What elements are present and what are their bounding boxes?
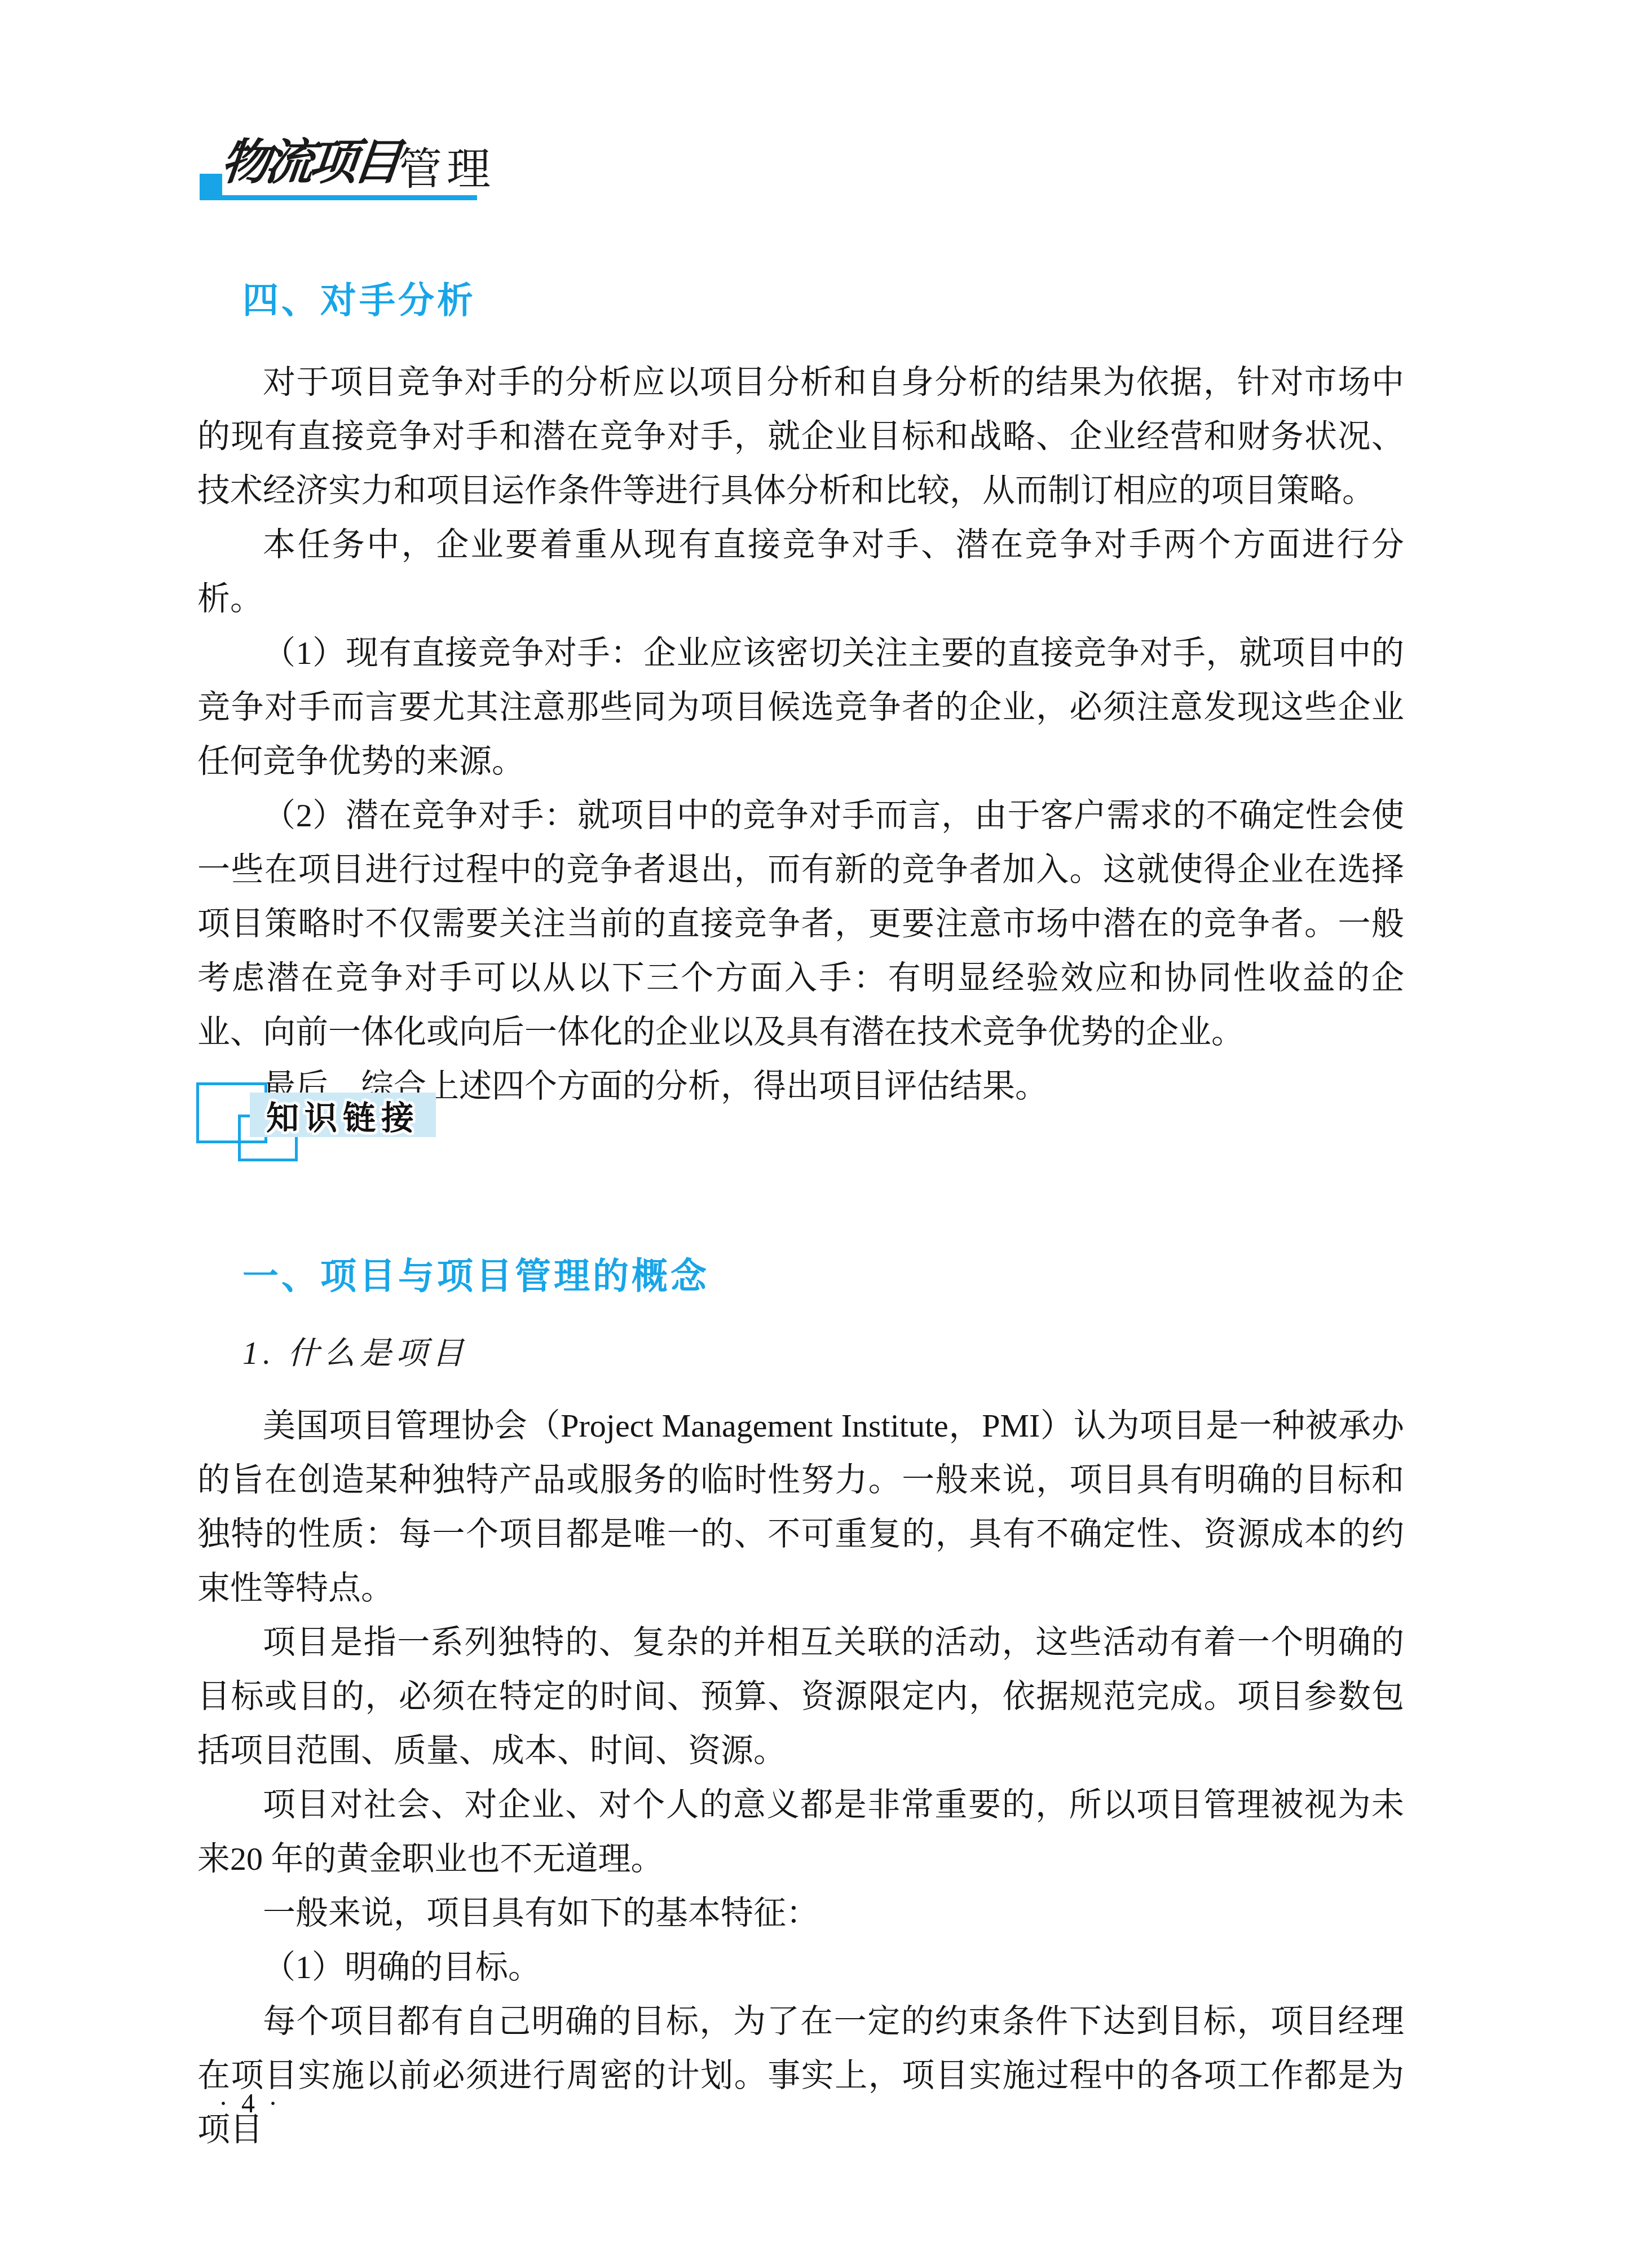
body-paragraph: 项目是指一系列独特的、复杂的并相互关联的活动，这些活动有着一个明确的目标或目的，… <box>197 1615 1404 1778</box>
brand-logo-calligraphy: 物流项目 <box>218 134 400 191</box>
brand-header: 物流项目 管理 <box>0 0 1628 226</box>
body-paragraph: 本任务中，企业要着重从现有直接竞争对手、潜在竞争对手两个方面进行分析。 <box>197 518 1404 626</box>
badge-label: 知识链接 <box>266 1091 420 1139</box>
page-number: · 4 · <box>219 2087 281 2121</box>
body-paragraph: （2）潜在竞争对手：就项目中的竞争对手而言，由于客户需求的不确定性会使一些在项目… <box>197 789 1404 1059</box>
badge-label-box: 知识链接 <box>250 1093 436 1137</box>
book-page: { "page": { "width": 2887, "height": 402… <box>0 0 1628 2268</box>
section-heading: 四、对手分析 <box>242 276 1404 324</box>
body-paragraph: 项目对社会、对企业、对个人的意义都是非常重要的，所以项目管理被视为未来20 年的… <box>197 1778 1404 1886</box>
section-heading: 一、项目与项目管理的概念 <box>242 1252 1404 1300</box>
body-paragraph: 每个项目都有自己明确的目标，为了在一定的约束条件下达到目标，项目经理在项目实施以… <box>197 1994 1404 2157</box>
brand-logo-regular: 管理 <box>398 142 495 196</box>
body-paragraph: 美国项目管理协会（Project Management Institute，PM… <box>197 1399 1404 1615</box>
body-paragraph: 对于项目竞争对手的分析应以项目分析和自身分析的结果为依据，针对市场中的现有直接竞… <box>197 355 1404 518</box>
body-paragraph: （1）现有直接竞争对手：企业应该密切关注主要的直接竞争对手，就项目中的竞争对手而… <box>197 626 1404 789</box>
section-project-concepts: 一、项目与项目管理的概念 1. 什么是项目 美国项目管理协会（Project M… <box>197 1235 1404 2157</box>
section-competitor-analysis: 四、对手分析 对于项目竞争对手的分析应以项目分析和自身分析的结果为依据，针对市场… <box>197 276 1404 1113</box>
subsection-heading: 1. 什么是项目 <box>242 1331 1404 1376</box>
body-paragraph: 一般来说，项目具有如下的基本特征： <box>197 1886 1404 1940</box>
body-paragraph: （1）明确的目标。 <box>197 1940 1404 1994</box>
